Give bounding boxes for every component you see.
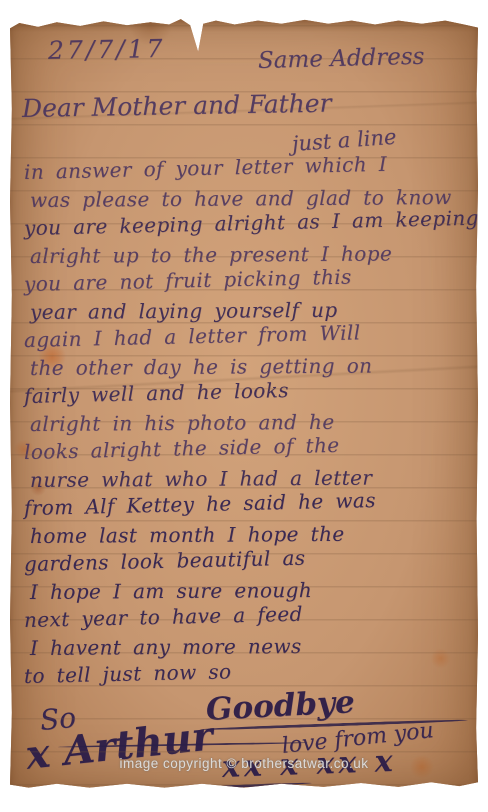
letter-body: in answer of your letter which Iwas plea… <box>24 158 472 690</box>
aged-letter-paper: 27/7/17 Same Address Dear Mother and Fat… <box>10 16 478 790</box>
salutation: Dear Mother and Father <box>22 89 332 123</box>
letter-scan: 27/7/17 Same Address Dear Mother and Fat… <box>0 0 488 812</box>
letter-line: in answer of your letter which I <box>24 148 473 186</box>
letter-date: 27/7/17 <box>48 34 166 65</box>
address-note: Same Address <box>258 44 425 74</box>
goodbye-line: Goodbye <box>205 684 356 728</box>
pen-flourish-stroke <box>72 782 312 795</box>
copyright-watermark: image copyright © brothersatwar.co.uk <box>119 756 368 771</box>
